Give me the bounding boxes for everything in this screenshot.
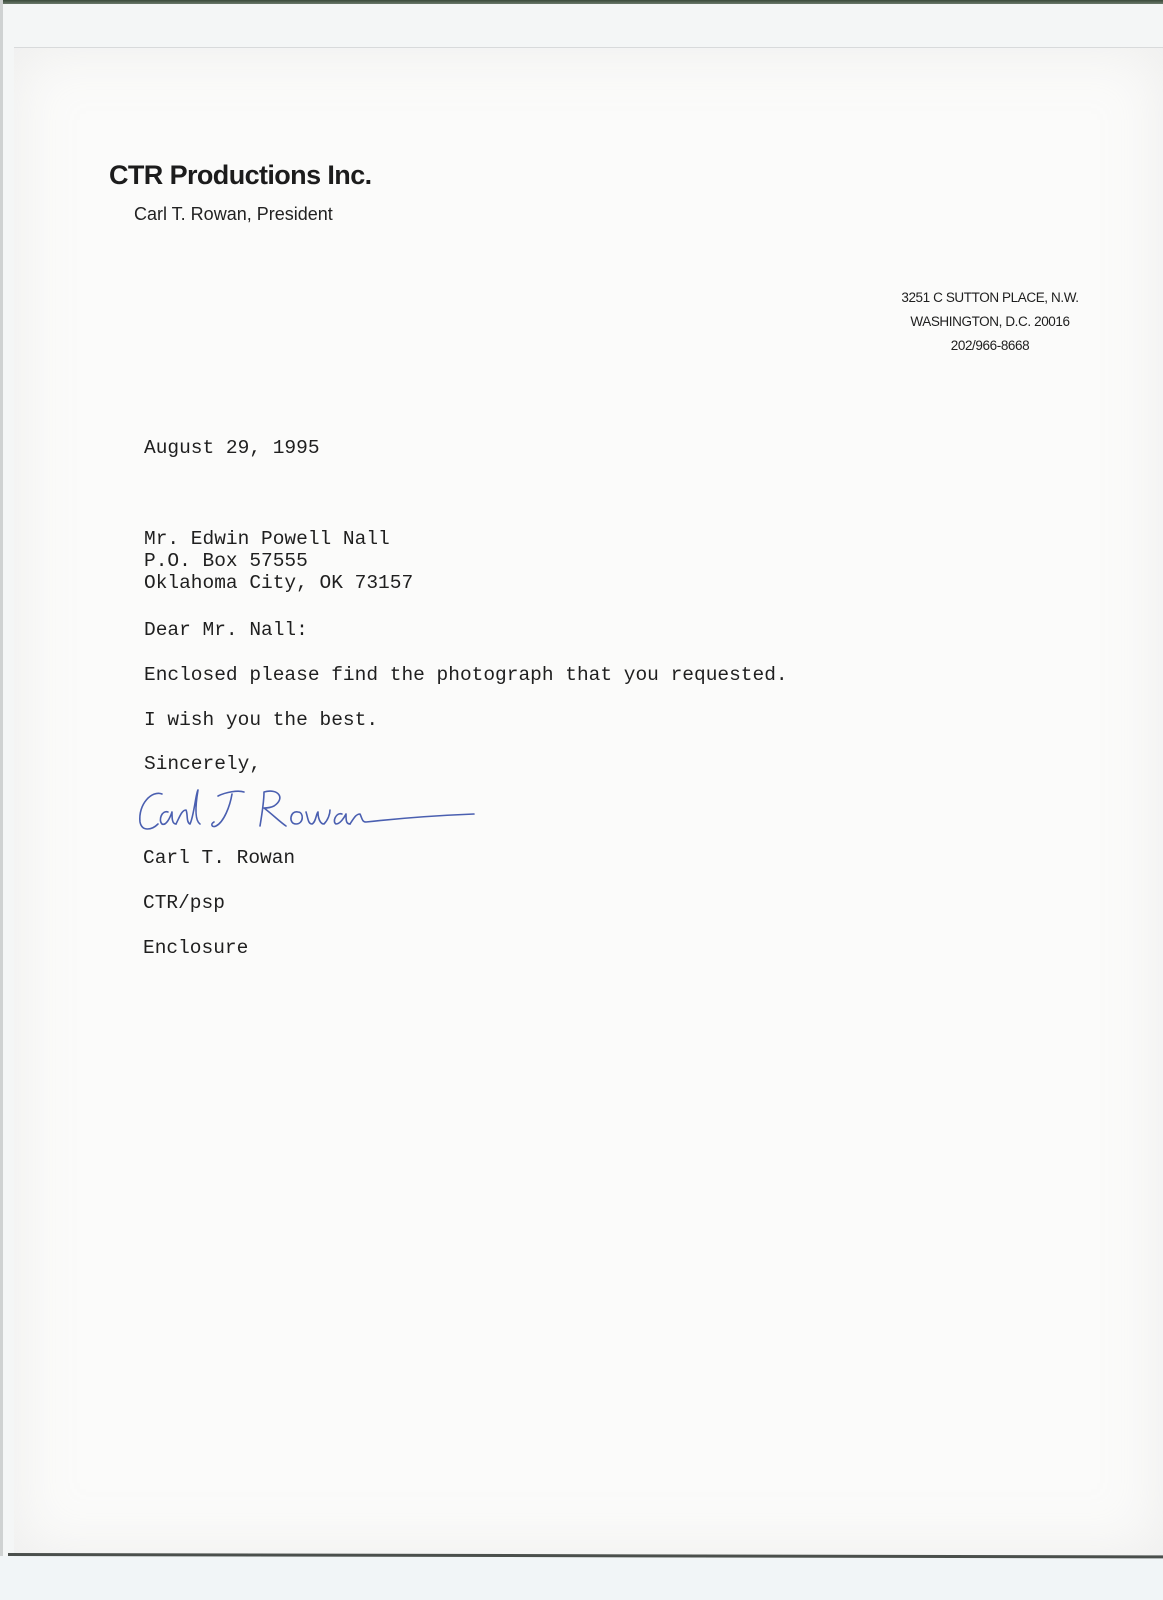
address-phone: 202/966-8668 <box>880 334 1100 358</box>
enclosure-note: Enclosure <box>143 937 248 959</box>
recipient-address: Mr. Edwin Powell Nall P.O. Box 57555 Okl… <box>144 528 413 594</box>
page-top-edge <box>14 47 1163 48</box>
address-city: WASHINGTON, D.C. 20016 <box>880 310 1100 334</box>
recipient-po-box: P.O. Box 57555 <box>144 550 413 572</box>
letter-date: August 29, 1995 <box>144 437 320 459</box>
recipient-name: Mr. Edwin Powell Nall <box>144 528 413 550</box>
closing: Sincerely, <box>144 753 261 775</box>
salutation: Dear Mr. Nall: <box>144 619 308 641</box>
scanner-background <box>0 1556 1163 1600</box>
address-street: 3251 C SUTTON PLACE, N.W. <box>880 286 1100 310</box>
handwritten-signature <box>134 786 484 846</box>
scan-edge-top <box>0 0 1163 4</box>
typist-initials: CTR/psp <box>143 892 225 914</box>
body-paragraph: Enclosed please find the photograph that… <box>144 664 788 686</box>
recipient-city: Oklahoma City, OK 73157 <box>144 572 413 594</box>
company-name: CTR Productions Inc. <box>109 160 372 191</box>
scan-edge-left <box>0 0 3 1600</box>
body-paragraph: I wish you the best. <box>144 709 378 731</box>
president-title: Carl T. Rowan, President <box>134 204 333 225</box>
signer-name: Carl T. Rowan <box>143 847 295 869</box>
letterhead-address: 3251 C SUTTON PLACE, N.W. WASHINGTON, D.… <box>880 286 1100 358</box>
